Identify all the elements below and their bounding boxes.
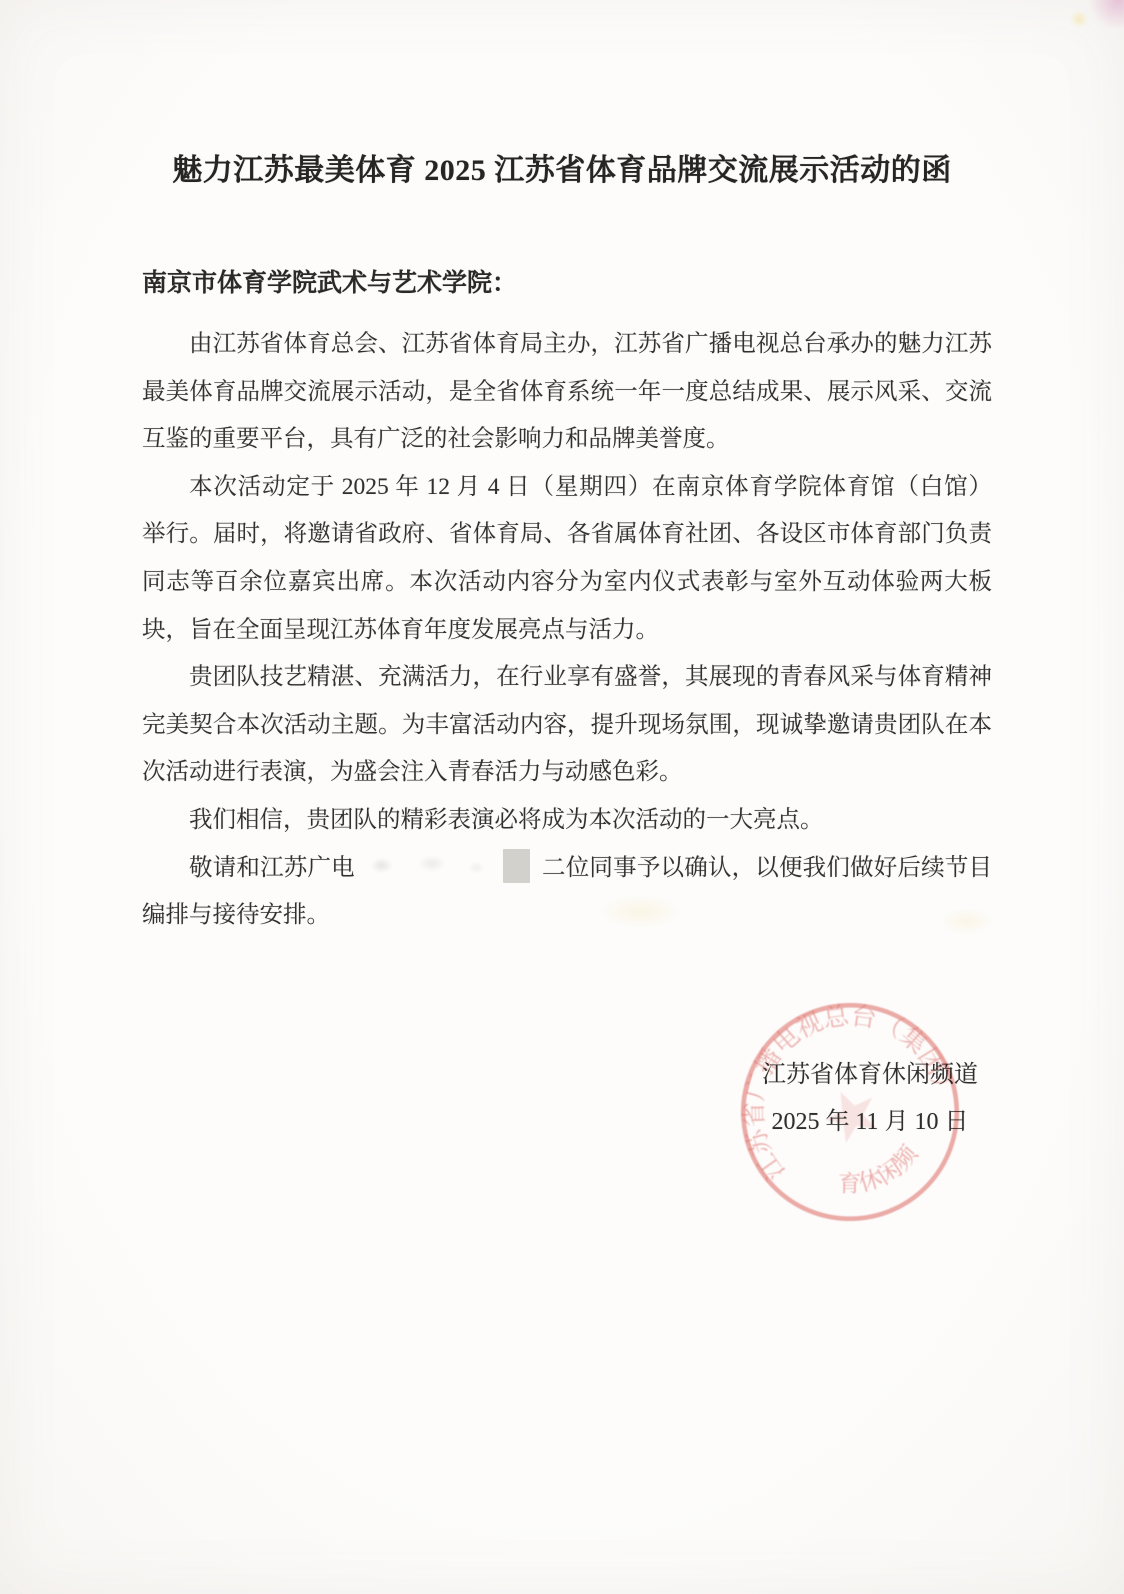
paragraph: 贵团队技艺精湛、充满活力，在行业享有盛誉，其展现的青春风采与体育精神完美契合本次… (142, 654, 992, 797)
closing-text-before: 敬请和江苏广电 (189, 855, 355, 881)
signature-block: 江苏省体育休闲频道 2025 年 11 月 10 日 (725, 1052, 1015, 1146)
redaction-block (503, 849, 530, 883)
closing-paragraph: 敬请和江苏广电二位同事予以确认，以便我们做好后续节目编排与接待安排。 (142, 845, 992, 940)
redaction-smudge (355, 851, 503, 881)
salutation: 南京市体育学院武术与艺术学院： (142, 261, 517, 305)
signature-date: 2025 年 11 月 10 日 (725, 1099, 1015, 1146)
letter-body: 由江苏省体育总会、江苏省体育局主办，江苏省广播电视总台承办的魅力江苏最美体育品牌… (142, 321, 992, 940)
paragraph: 我们相信，贵团队的精彩表演必将成为本次活动的一大亮点。 (142, 797, 992, 845)
paragraph: 本次活动定于 2025 年 12 月 4 日（星期四）在南京体育学院体育馆（白馆… (142, 464, 992, 654)
paragraph: 由江苏省体育总会、江苏省体育局主办，江苏省广播电视总台承办的魅力江苏最美体育品牌… (142, 321, 992, 464)
scanned-letter-page: 魅力江苏最美体育 2025 江苏省体育品牌交流展示活动的函 南京市体育学院武术与… (0, 0, 1124, 1594)
signature-org: 江苏省体育休闲频道 (725, 1052, 1015, 1099)
letter-title: 魅力江苏最美体育 2025 江苏省体育品牌交流展示活动的函 (0, 148, 1124, 194)
